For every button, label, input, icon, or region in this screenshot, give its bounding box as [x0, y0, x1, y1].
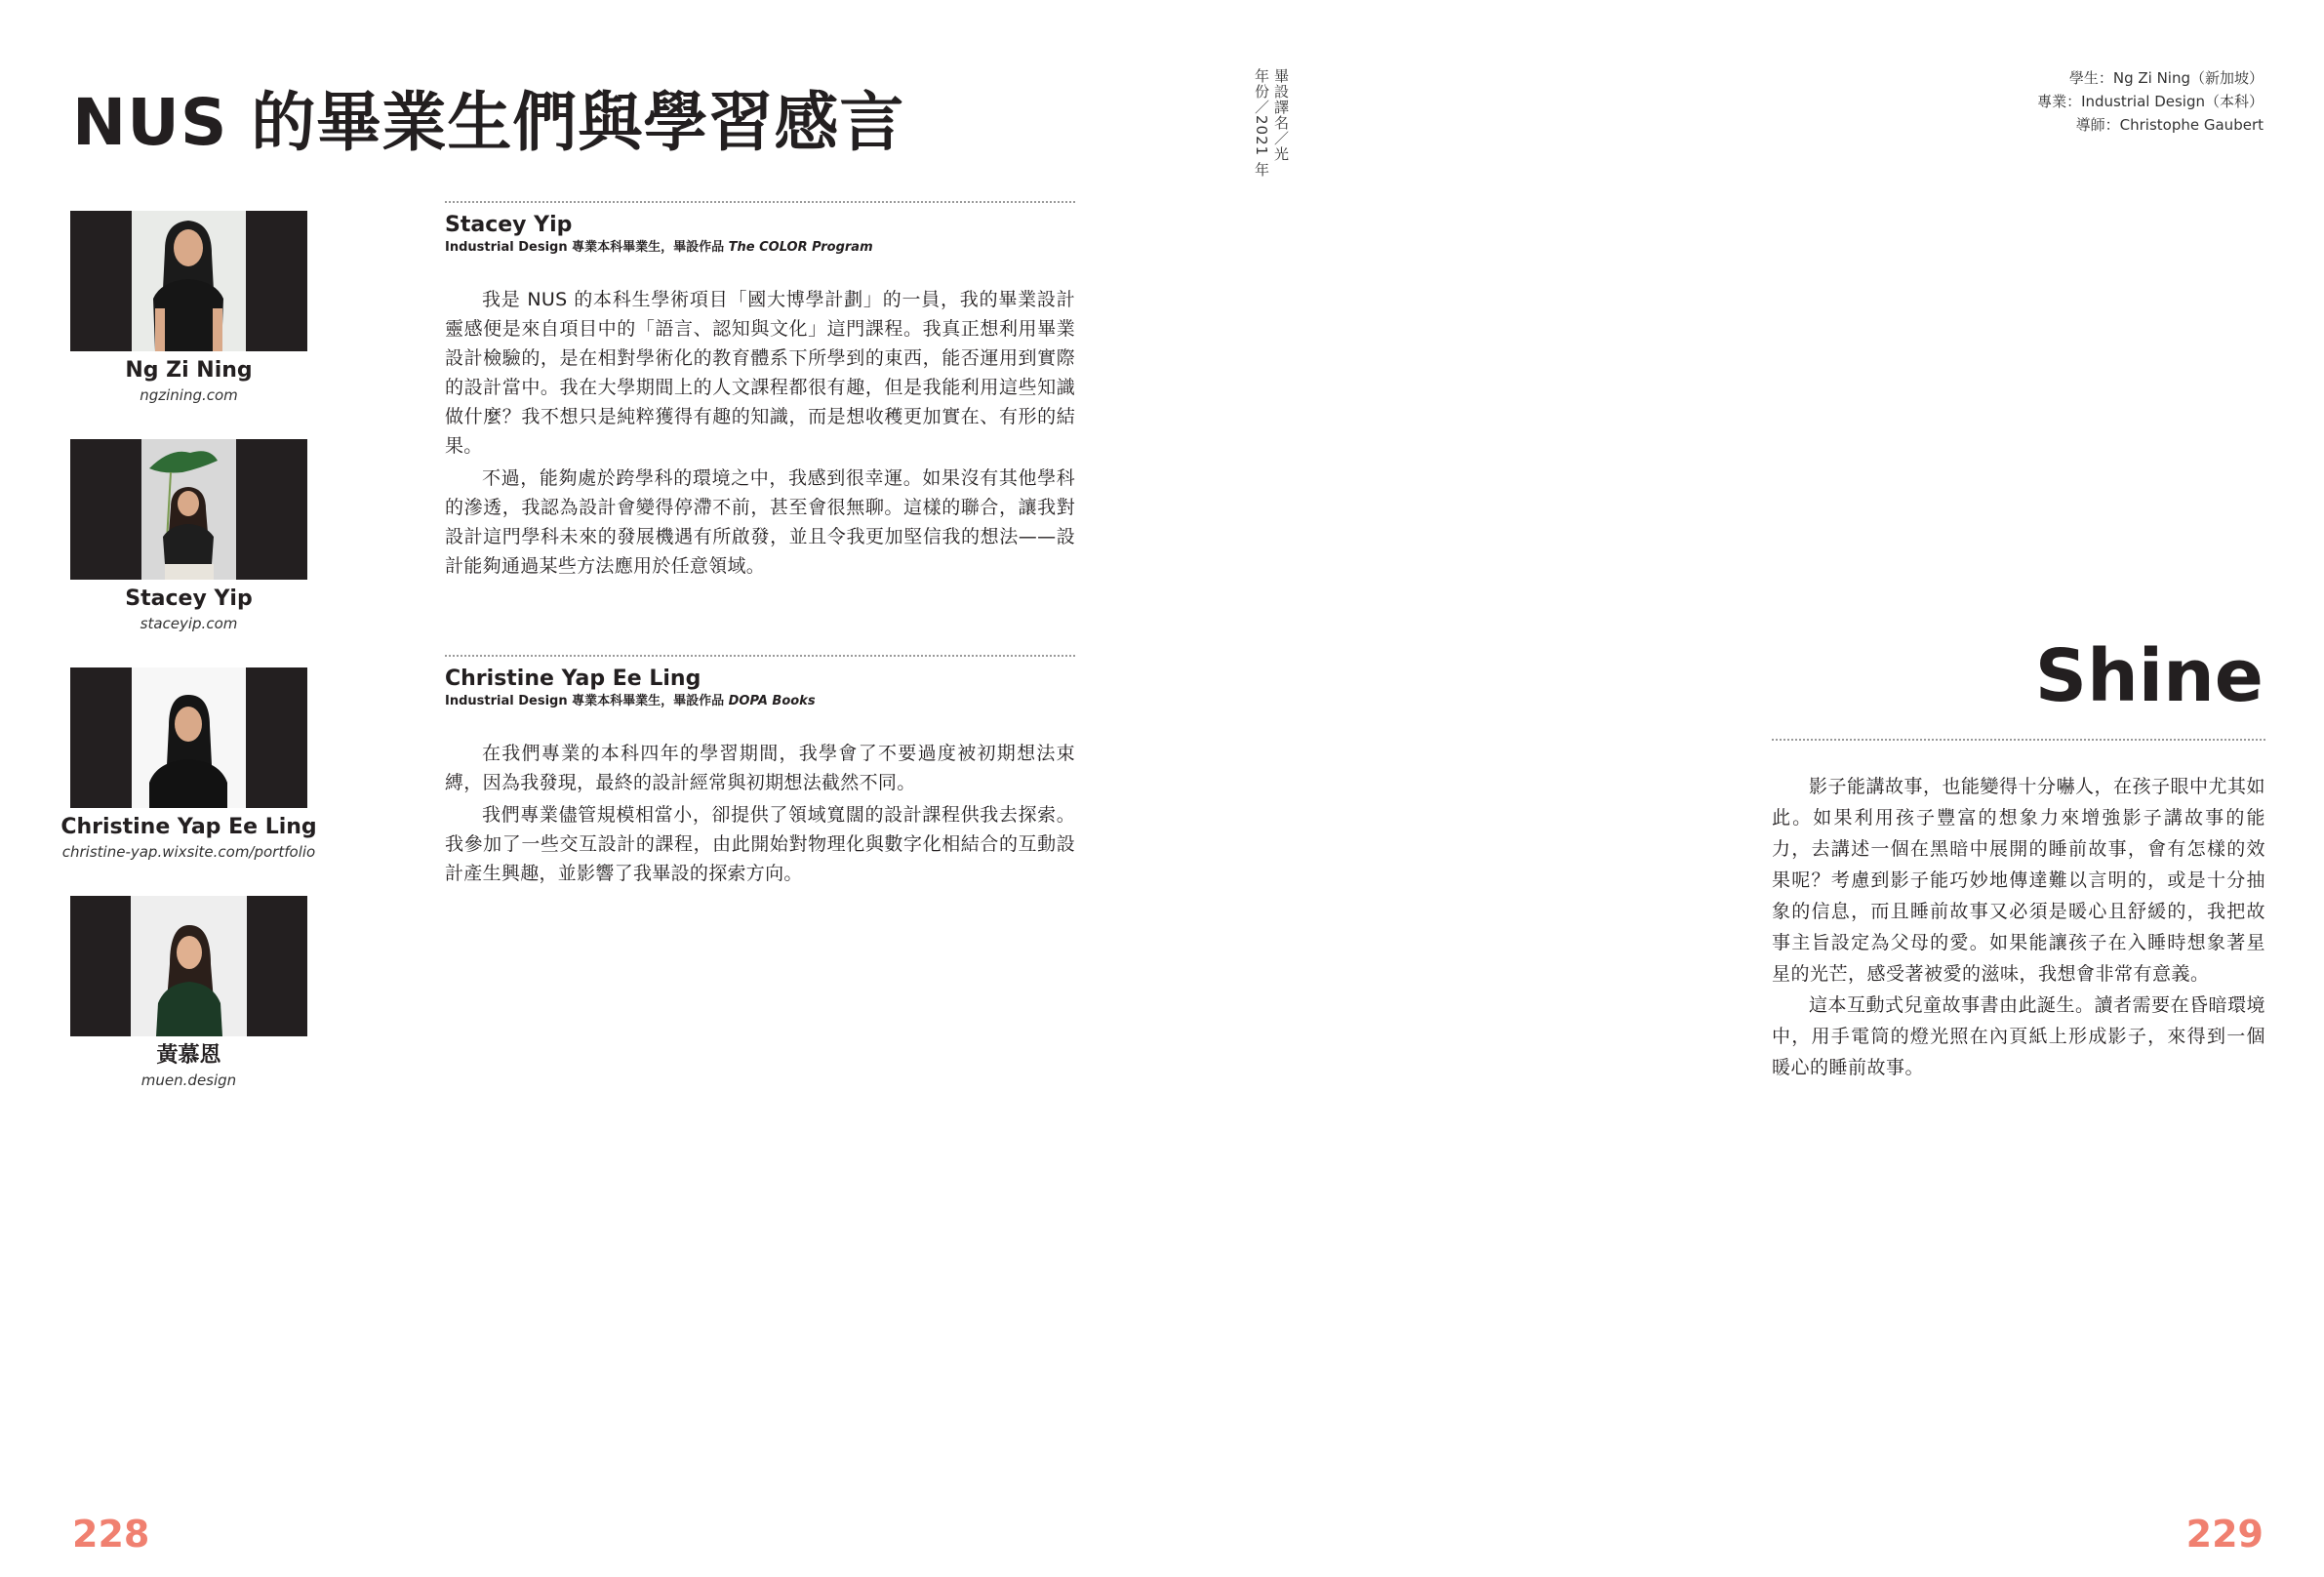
- portrait-photo: [132, 667, 246, 808]
- person-name: Ng Zi Ning: [31, 358, 346, 384]
- person-card: Christine Yap Ee Ling christine-yap.wixs…: [70, 667, 307, 862]
- paragraph: 這本互動式兒童故事書由此誕生。讀者需要在昏暗環境中，用手電筒的燈光照在內頁紙上形…: [1772, 990, 2265, 1083]
- person-card: Stacey Yip staceyip.com: [70, 439, 307, 633]
- portrait-illustration-icon: [132, 211, 246, 351]
- person-card: 黃慕恩 muen.design: [70, 896, 307, 1090]
- testimonial-body: 我是 NUS 的本科生學術項目「國大博學計劃」的一員，我的畢業設計靈感便是來自項…: [445, 285, 1075, 581]
- subtitle-text: Industrial Design 專業本科畢業生，畢設作品: [445, 694, 729, 708]
- work-title: DOPA Books: [729, 694, 816, 708]
- paragraph: 在我們專業的本科四年的學習期間，我學會了不要過度被初期想法束縛，因為我發現，最終…: [445, 739, 1075, 797]
- vertical-project-meta: 畢設譯名／光 年份／2021 年: [1252, 68, 1291, 178]
- project-translated-name: 畢設譯名／光: [1271, 68, 1291, 178]
- subtitle-text: Industrial Design 專業本科畢業生，畢設作品: [445, 240, 729, 255]
- paragraph: 我是 NUS 的本科生學術項目「國大博學計劃」的一員，我的畢業設計靈感便是來自項…: [445, 285, 1075, 461]
- testimonial: Christine Yap Ee Ling Industrial Design …: [445, 655, 1075, 891]
- testimonial-name: Christine Yap Ee Ling: [445, 667, 1075, 692]
- paragraph: 不過，能夠處於跨學科的環境之中，我感到很幸運。如果沒有其他學科的滲透，我認為設計…: [445, 464, 1075, 581]
- project-credits: 學生：Ng Zi Ning（新加坡） 專業：Industrial Design（…: [2037, 66, 2264, 137]
- project-year: 年份／2021 年: [1252, 68, 1271, 178]
- testimonial: Stacey Yip Industrial Design 專業本科畢業生，畢設作…: [445, 201, 1075, 584]
- portrait-illustration-icon: [131, 896, 247, 1036]
- project-title: Shine: [2035, 632, 2264, 720]
- page-number-left: 228: [72, 1513, 149, 1556]
- photo-frame: [70, 439, 307, 580]
- portrait-illustration-icon: [132, 667, 246, 808]
- testimonial-body: 在我們專業的本科四年的學習期間，我學會了不要過度被初期想法束縛，因為我發現，最終…: [445, 739, 1075, 888]
- person-website-link[interactable]: christine-yap.wixsite.com/portfolio: [31, 842, 346, 862]
- person-website-link[interactable]: ngzining.com: [31, 385, 346, 405]
- paragraph: 影子能講故事，也能變得十分嚇人，在孩子眼中尤其如此。如果利用孩子豐富的想象力來增…: [1772, 771, 2265, 990]
- person-name: Stacey Yip: [31, 586, 346, 612]
- credit-major: 專業：Industrial Design（本科）: [2037, 90, 2264, 113]
- page-title: NUS 的畢業生們與學習感言: [72, 70, 904, 163]
- person-name: 黃慕恩: [31, 1043, 346, 1069]
- dotted-divider: [1772, 739, 2265, 741]
- testimonial-subtitle: Industrial Design 專業本科畢業生，畢設作品 The COLOR…: [445, 238, 1075, 258]
- photo-frame: [70, 896, 307, 1036]
- photo-frame: [70, 667, 307, 808]
- testimonial-name: Stacey Yip: [445, 213, 1075, 238]
- dotted-divider: [445, 655, 1075, 657]
- person-website-link[interactable]: muen.design: [31, 1071, 346, 1090]
- person-name: Christine Yap Ee Ling: [31, 815, 346, 840]
- credit-student: 學生：Ng Zi Ning（新加坡）: [2037, 66, 2264, 90]
- project-description: 影子能講故事，也能變得十分嚇人，在孩子眼中尤其如此。如果利用孩子豐富的想象力來增…: [1772, 771, 2265, 1083]
- portrait-illustration-icon: [141, 439, 236, 580]
- page-number-right: 229: [2186, 1513, 2264, 1556]
- credit-tutor: 導師：Christophe Gaubert: [2037, 113, 2264, 137]
- person-website-link[interactable]: staceyip.com: [31, 614, 346, 633]
- portrait-photo: [131, 896, 247, 1036]
- portrait-photo: [132, 211, 246, 351]
- paragraph: 我們專業儘管規模相當小，卻提供了領域寬闊的設計課程供我去探索。我參加了一些交互設…: [445, 800, 1075, 888]
- photo-frame: [70, 211, 307, 351]
- work-title: The COLOR Program: [729, 240, 873, 255]
- portrait-photo: [141, 439, 236, 580]
- person-card: Ng Zi Ning ngzining.com: [70, 211, 307, 405]
- dotted-divider: [445, 201, 1075, 203]
- testimonial-subtitle: Industrial Design 專業本科畢業生，畢設作品 DOPA Book…: [445, 692, 1075, 711]
